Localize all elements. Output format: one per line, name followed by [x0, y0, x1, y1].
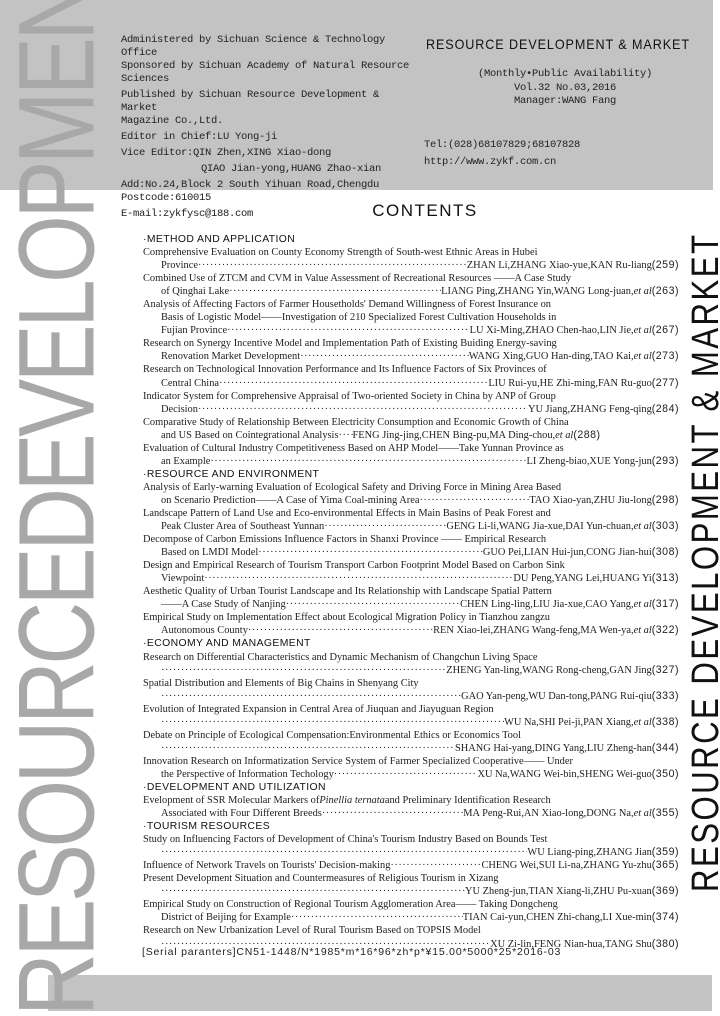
toc-entry[interactable]: Landscape Pattern of Land Use and Eco-en…: [143, 507, 679, 533]
page-number: (277): [652, 377, 679, 390]
contact-info: Tel:(028)68107829;68107828 http://www.zy…: [424, 137, 704, 171]
manager: Manager:WANG Fang: [440, 95, 690, 109]
toc-entry[interactable]: Research on Synergy Incentive Model and …: [143, 337, 679, 363]
page-number: (327): [652, 664, 679, 677]
watermark-title: RESOURCEDEVELOPMENT&MARKET: [16, 0, 97, 1016]
administered-by: Administered by Sichuan Science & Techno…: [121, 34, 421, 60]
page-number: (333): [652, 690, 679, 703]
page-number: (259): [652, 259, 679, 272]
page-number: (350): [652, 768, 679, 781]
page-number: (288): [573, 429, 600, 442]
issue-info: (Monthly•Public Availability) Vol.32 No.…: [440, 68, 690, 109]
page-number: (308): [652, 546, 679, 559]
toc-entry[interactable]: Comprehensive Evaluation on County Econo…: [143, 246, 679, 272]
footer-band: [48, 975, 712, 1011]
section-heading: ·TOURISM RESOURCES: [143, 820, 679, 833]
toc-entry[interactable]: Empirical Study on Implementation Effect…: [143, 611, 679, 637]
page-number: (355): [652, 807, 679, 820]
toc-entry[interactable]: Evaluation of Cultural Industry Competit…: [143, 442, 679, 468]
section-heading: ·RESOURCE AND ENVIRONMENT: [143, 468, 679, 481]
toc-entry[interactable]: Evelopment of SSR Molecular Markers of P…: [143, 794, 679, 820]
toc-entry[interactable]: Decompose of Carbon Emissions Influence …: [143, 533, 679, 559]
toc-entry[interactable]: Research on Differential Characteristics…: [143, 651, 679, 677]
sponsored-by: Sponsored by Sichuan Academy of Natural …: [121, 60, 421, 86]
address: Add:No.24,Block 2 South Yihuan Road,Chen…: [121, 179, 421, 192]
page-number: (298): [652, 494, 679, 507]
page-number: (293): [652, 455, 679, 468]
page-number: (322): [652, 624, 679, 637]
published-by: Published by Sichuan Resource Developmen…: [121, 89, 421, 115]
page-number: (359): [652, 846, 679, 859]
toc-entry[interactable]: Aesthetic Quality of Urban Tourist Lands…: [143, 585, 679, 611]
toc-entry[interactable]: Design and Empirical Research of Tourism…: [143, 559, 679, 585]
toc-entry[interactable]: Innovation Research on Informatization S…: [143, 755, 679, 781]
page-number: (313): [652, 572, 679, 585]
toc-entry[interactable]: Comparative Study of Relationship Betwee…: [143, 416, 679, 442]
page-number: (344): [652, 742, 679, 755]
page-number: (369): [652, 885, 679, 898]
page-number: (273): [652, 350, 679, 363]
section-heading: ·ECONOMY AND MANAGEMENT: [143, 637, 679, 650]
toc-entry[interactable]: Spatial Distribution and Elements of Big…: [143, 677, 679, 703]
toc-entry[interactable]: Debate on Principle of Ecological Compen…: [143, 729, 679, 755]
page-number: (303): [652, 520, 679, 533]
editor-in-chief: Editor in Chief:LU Yong-ji: [121, 131, 421, 144]
toc-entry[interactable]: Present Development Situation and Counte…: [143, 872, 679, 898]
published-by-2: Magazine Co.,Ltd.: [121, 115, 421, 128]
toc-entry[interactable]: Indicator System for Comprehensive Appra…: [143, 390, 679, 416]
page-number: (263): [652, 285, 679, 298]
toc-entry[interactable]: Analysis of Early-warning Evaluation of …: [143, 481, 679, 507]
table-of-contents: ·METHOD AND APPLICATION Comprehensive Ev…: [143, 233, 679, 951]
toc-entry[interactable]: Influence of Network Travels on Tourists…: [143, 859, 679, 872]
toc-entry[interactable]: Evolution of Integrated Expansion in Cen…: [143, 703, 679, 729]
telephone: Tel:(028)68107829;68107828: [424, 137, 704, 154]
toc-entry[interactable]: Combined Use of ZTCM and CVM in Value As…: [143, 272, 679, 298]
serial-parameters: [Serial paranters]CN51-1448/N*1985*m*16*…: [142, 946, 682, 958]
page-number: (374): [652, 911, 679, 924]
website-link[interactable]: http://www.zykf.com.cn: [424, 154, 704, 171]
frequency: (Monthly•Public Availability): [440, 68, 690, 82]
page-number: (267): [652, 324, 679, 337]
toc-entry[interactable]: Empirical Study on Construction of Regio…: [143, 898, 679, 924]
vice-editor: Vice Editor:QIN Zhen,XING Xiao-dong: [121, 147, 421, 160]
page-number: (365): [652, 859, 679, 872]
contents-heading: CONTENTS: [0, 201, 720, 221]
toc-entry[interactable]: Research on Technological Innovation Per…: [143, 363, 679, 389]
page-number: (317): [652, 598, 679, 611]
journal-title: RESOURCE DEVELOPMENT & MARKET: [426, 36, 678, 52]
toc-entry[interactable]: Analysis of Affecting Factors of Farmer …: [143, 298, 679, 337]
section-heading: ·METHOD AND APPLICATION: [143, 233, 679, 246]
volume: Vol.32 No.03,2016: [440, 82, 690, 96]
section-heading: ·DEVELOPMENT AND UTILIZATION: [143, 781, 679, 794]
toc-entry[interactable]: Study on Influencing Factors of Developm…: [143, 833, 679, 859]
page-number: (284): [652, 403, 679, 416]
side-journal-title: RESOURCE DEVELOPMENT & MARKET: [688, 316, 720, 892]
publisher-info: Administered by Sichuan Science & Techno…: [121, 34, 421, 221]
page-number: (338): [652, 716, 679, 729]
vice-editor-2: QIAO Jian-yong,HUANG Zhao-xian: [121, 163, 421, 176]
